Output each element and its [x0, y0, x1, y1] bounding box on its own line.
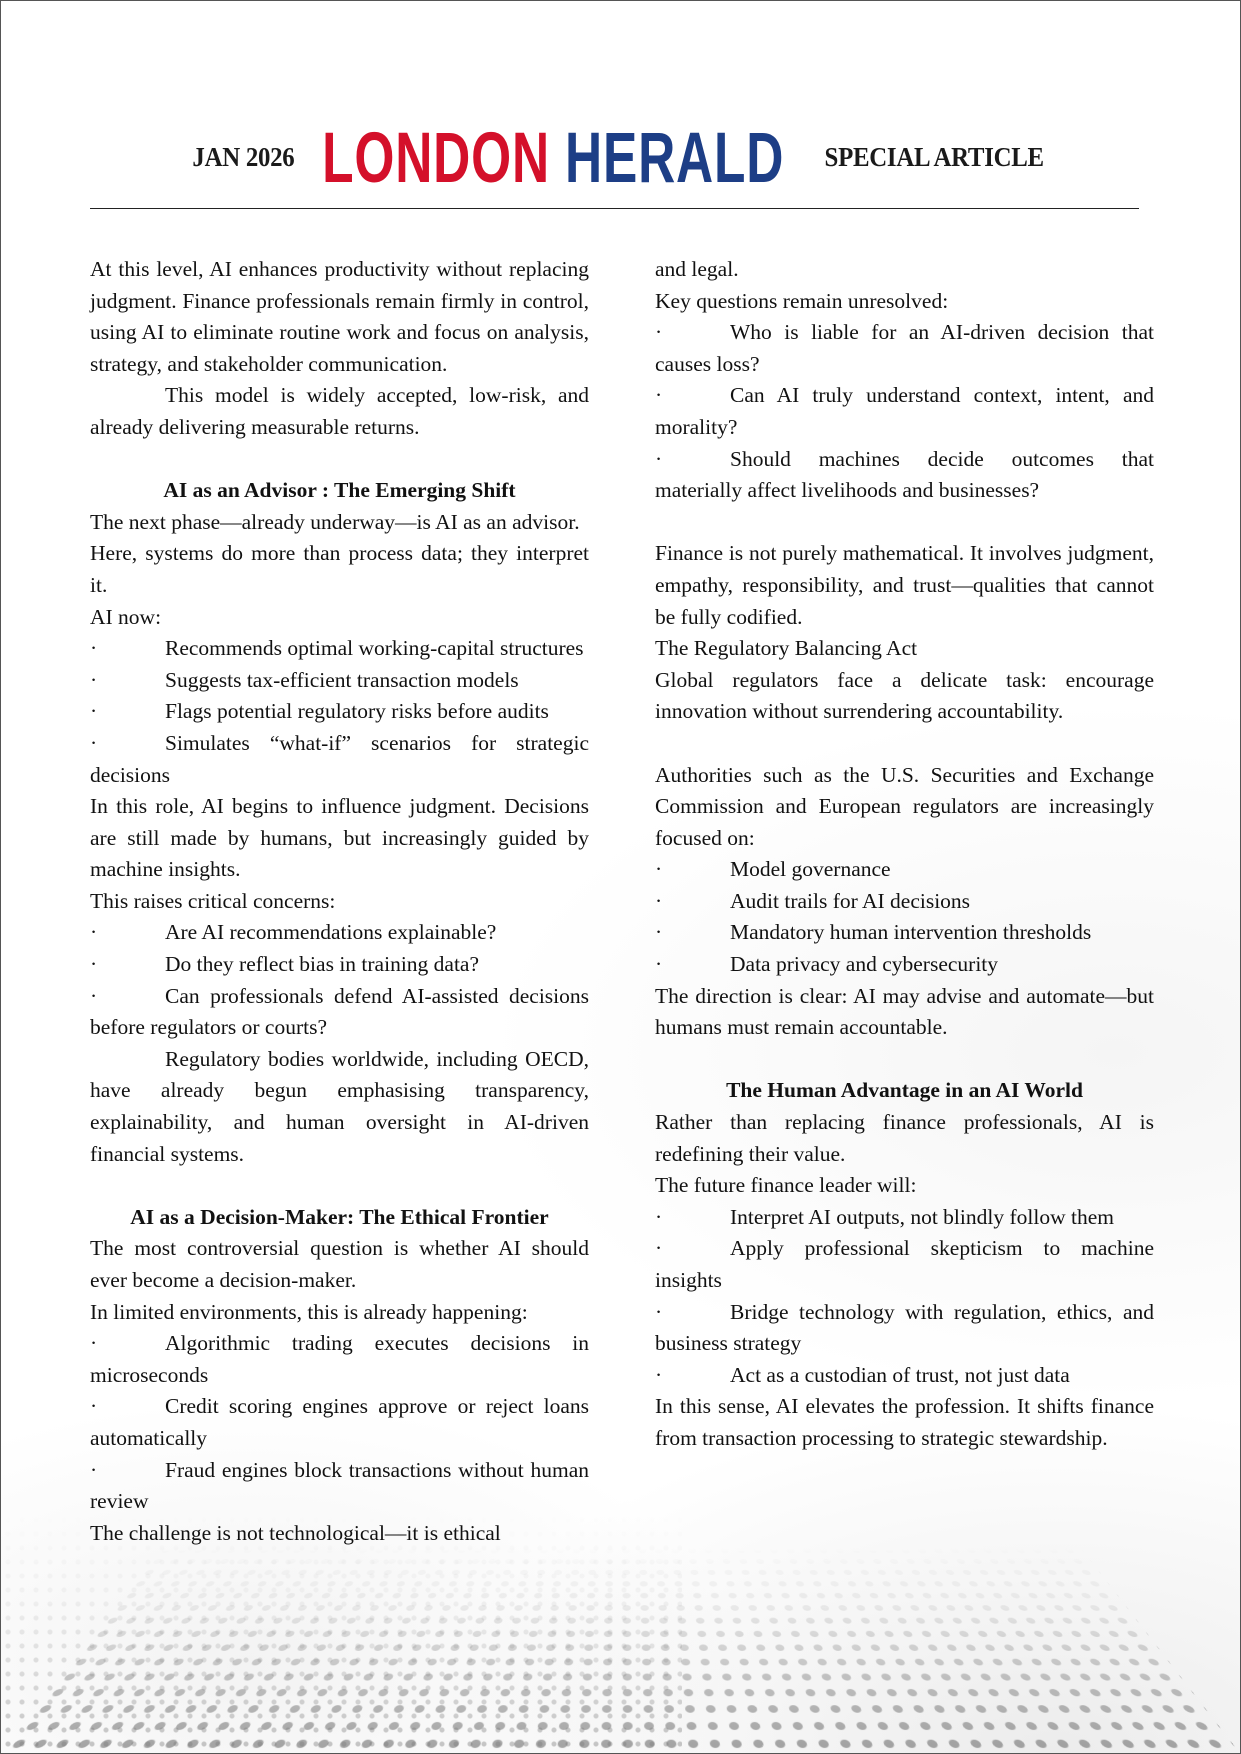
bullet-icon: · [655, 1360, 730, 1392]
right-column: and legal. Key questions remain unresolv… [655, 254, 1154, 1455]
bullet-icon: · [90, 949, 165, 981]
paragraph: Rather than replacing finance profession… [655, 1107, 1154, 1170]
bullet-icon: · [655, 444, 730, 476]
masthead-divider [90, 208, 1139, 209]
bullet-icon: · [90, 1391, 165, 1423]
paragraph: Key questions remain unresolved: [655, 286, 1154, 318]
logo-london: LONDON [322, 117, 550, 197]
list-item: ·Model governance [655, 854, 1154, 886]
bullet-icon: · [655, 380, 730, 412]
list-item: ·Can professionals defend AI-assisted de… [90, 981, 589, 1044]
bullet-icon: · [655, 317, 730, 349]
list-item: ·Recommends optimal working-capital stru… [90, 633, 589, 665]
section-heading-regulatory: The Regulatory Balancing Act [655, 633, 1154, 665]
logo-herald: HERALD [565, 117, 784, 197]
bullet-icon: · [655, 1202, 730, 1234]
issue-date: JAN 2026 [192, 142, 294, 173]
list-item: ·Bridge technology with regulation, ethi… [655, 1297, 1154, 1360]
list-item: ·Act as a custodian of trust, not just d… [655, 1360, 1154, 1392]
paragraph: In limited environments, this is already… [90, 1297, 589, 1329]
list-item: ·Should machines decide outcomes that ma… [655, 444, 1154, 507]
paragraph: In this sense, AI elevates the professio… [655, 1391, 1154, 1454]
paragraph: Finance is not purely mathematical. It i… [655, 538, 1154, 633]
list-item: ·Simulates “what-if” scenarios for strat… [90, 728, 589, 791]
paragraph: The direction is clear: AI may advise an… [655, 981, 1154, 1044]
paragraph: This raises critical concerns: [90, 886, 589, 918]
paragraph: AI now: [90, 602, 589, 634]
bullet-icon: · [655, 1297, 730, 1329]
paragraph: and legal. [655, 254, 1154, 286]
bullet-icon: · [655, 1233, 730, 1265]
paragraph: The future finance leader will: [655, 1170, 1154, 1202]
bullet-icon: · [655, 886, 730, 918]
list-item: ·Are AI recommendations explainable? [90, 917, 589, 949]
paragraph: Here, systems do more than process data;… [90, 538, 589, 601]
list-item: ·Mandatory human intervention thresholds [655, 917, 1154, 949]
paragraph: Global regulators face a delicate task: … [655, 665, 1154, 728]
paragraph: In this role, AI begins to influence jud… [90, 791, 589, 886]
list-item: ·Interpret AI outputs, not blindly follo… [655, 1202, 1154, 1234]
newspaper-page: JAN 2026 LONDON HERALD SPECIAL ARTICLE A… [0, 0, 1241, 1754]
paragraph: Authorities such as the U.S. Securities … [655, 760, 1154, 855]
paragraph: Regulatory bodies worldwide, including O… [90, 1044, 589, 1170]
bullet-icon: · [655, 949, 730, 981]
list-item: ·Can AI truly understand context, intent… [655, 380, 1154, 443]
bullet-icon: · [90, 1328, 165, 1360]
list-item: ·Suggests tax-efficient transaction mode… [90, 665, 589, 697]
bullet-icon: · [90, 728, 165, 760]
list-item: ·Data privacy and cybersecurity [655, 949, 1154, 981]
masthead: JAN 2026 LONDON HERALD SPECIAL ARTICLE [1, 119, 1240, 195]
list-item: ·Algorithmic trading executes decisions … [90, 1328, 589, 1391]
background-halftone-pattern [1, 1546, 1240, 1753]
bullet-icon: · [90, 633, 165, 665]
bullet-icon: · [90, 665, 165, 697]
paragraph: At this level, AI enhances productivity … [90, 254, 589, 380]
list-item: ·Flags potential regulatory risks before… [90, 696, 589, 728]
bullet-icon: · [90, 696, 165, 728]
list-item: ·Credit scoring engines approve or rejec… [90, 1391, 589, 1454]
paragraph: The most controversial question is wheth… [90, 1233, 589, 1296]
section-heading-decision-maker: AI as a Decision-Maker: The Ethical Fron… [90, 1202, 589, 1234]
list-item: ·Apply professional skepticism to machin… [655, 1233, 1154, 1296]
bullet-icon: · [90, 917, 165, 949]
bullet-icon: · [655, 854, 730, 886]
list-item: ·Fraud engines block transactions withou… [90, 1455, 589, 1518]
bullet-icon: · [90, 981, 165, 1013]
newspaper-logo: LONDON HERALD [322, 121, 784, 192]
list-item: ·Do they reflect bias in training data? [90, 949, 589, 981]
left-column: At this level, AI enhances productivity … [90, 254, 589, 1549]
paragraph: This model is widely accepted, low-risk,… [90, 380, 589, 443]
bullet-icon: · [655, 917, 730, 949]
section-heading-human-advantage: The Human Advantage in an AI World [655, 1075, 1154, 1107]
bullet-icon: · [90, 1455, 165, 1487]
paragraph: The next phase—already underway—is AI as… [90, 507, 589, 539]
list-item: ·Who is liable for an AI-driven decision… [655, 317, 1154, 380]
section-heading-advisor: AI as an Advisor : The Emerging Shift [90, 475, 589, 507]
paragraph: The challenge is not technological—it is… [90, 1518, 589, 1550]
section-label: SPECIAL ARTICLE [824, 142, 1043, 173]
list-item: ·Audit trails for AI decisions [655, 886, 1154, 918]
